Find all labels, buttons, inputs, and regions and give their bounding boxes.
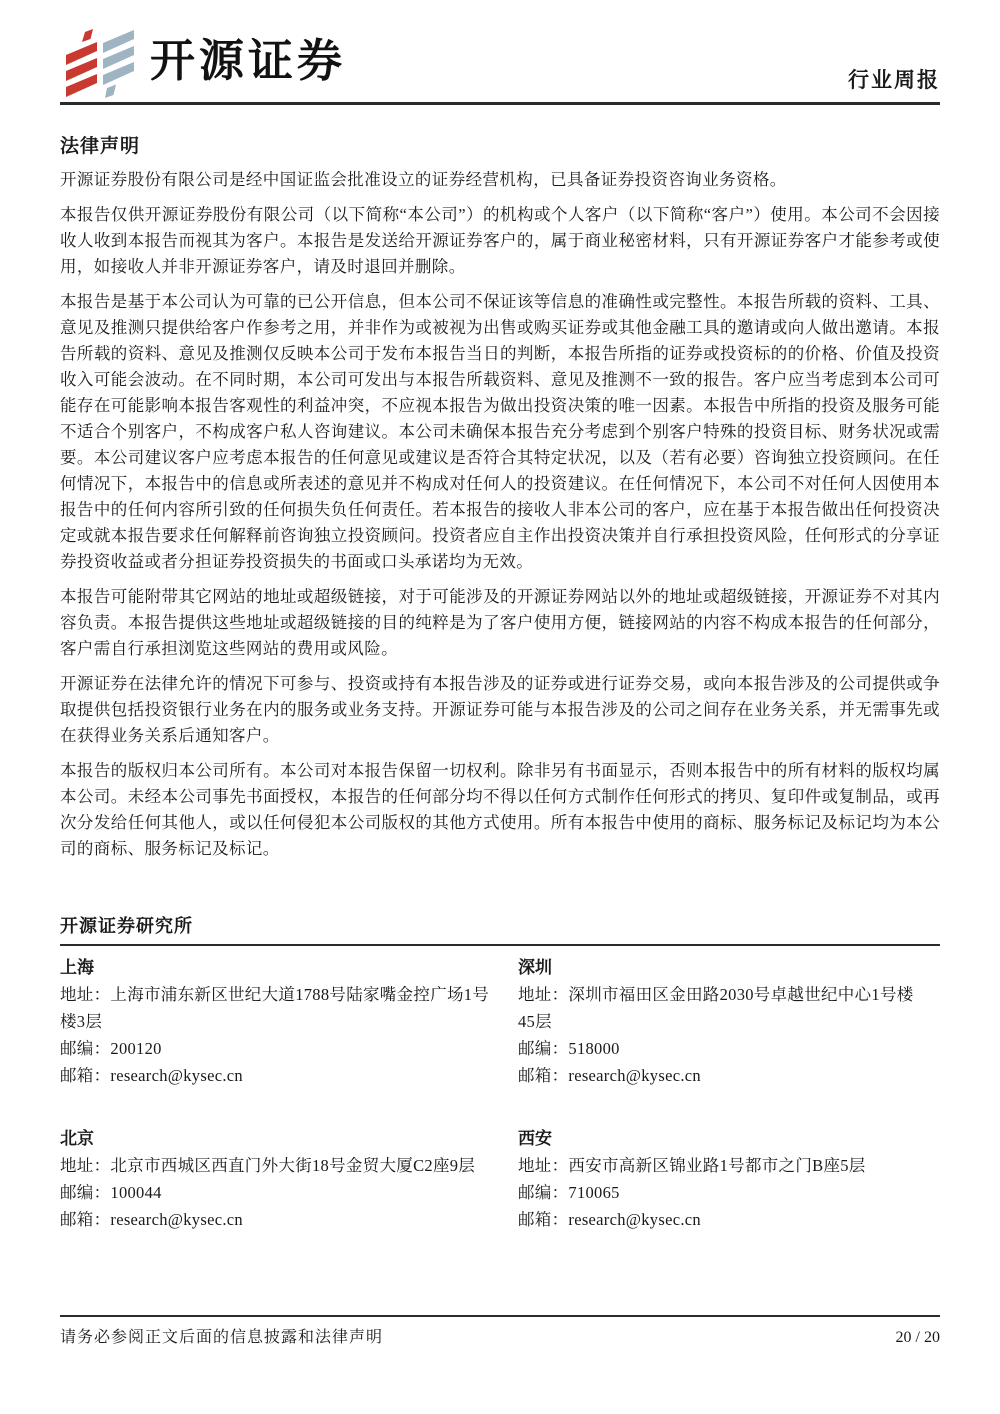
email-label: 邮箱： [60,1210,110,1229]
email-value: research@kysec.cn [110,1210,243,1229]
zip-label: 邮编： [518,1039,568,1058]
research-divider [60,944,940,946]
address-value: 西安市高新区锦业路1号都市之门B座5层 [568,1156,865,1175]
report-type-label: 行业周报 [848,64,940,98]
logo-text: 开源证券 [150,38,346,89]
office-address: 地址：西安市高新区锦业路1号都市之门B座5层 [518,1152,920,1179]
zip-value: 200120 [110,1039,161,1058]
zip-label: 邮编： [518,1183,568,1202]
address-value: 深圳市福田区金田路2030号卓越世纪中心1号楼45层 [518,985,914,1031]
office-zip: 邮编：200120 [60,1035,498,1062]
email-value: research@kysec.cn [110,1066,243,1085]
email-label: 邮箱： [60,1066,110,1085]
legal-paragraph-6: 本报告的版权归本公司所有。本公司对本报告保留一切权利。除非另有书面显示，否则本报… [60,758,940,862]
office-city: 上海 [60,954,498,981]
legal-statement-title: 法律声明 [60,131,940,158]
legal-paragraph-2: 本报告仅供开源证券股份有限公司（以下简称“本公司”）的机构或个人客户（以下简称“… [60,202,940,280]
office-shenzhen: 深圳 地址：深圳市福田区金田路2030号卓越世纪中心1号楼45层 邮编：5180… [518,954,940,1089]
office-xian: 西安 地址：西安市高新区锦业路1号都市之门B座5层 邮编：710065 邮箱：r… [518,1125,940,1233]
footer-row: 请务必参阅正文后面的信息披露和法律声明 20 / 20 [60,1317,940,1347]
zip-value: 100044 [110,1183,161,1202]
address-value: 北京市西城区西直门外大街18号金贸大厦C2座9层 [110,1156,475,1175]
page-header: 开源证券 行业周报 [60,28,940,98]
page-footer: 请务必参阅正文后面的信息披露和法律声明 20 / 20 [60,1315,940,1347]
office-address: 地址：深圳市福田区金田路2030号卓越世纪中心1号楼45层 [518,981,920,1035]
research-institute-title: 开源证券研究所 [60,912,940,944]
zip-label: 邮编： [60,1183,110,1202]
address-label: 地址： [518,985,568,1004]
kaiyuan-logo: 开源证券 [60,28,346,98]
research-institute-section: 开源证券研究所 上海 地址：上海市浦东新区世纪大道1788号陆家嘴金控广场1号楼… [60,912,940,1233]
office-city: 西安 [518,1125,920,1152]
office-shanghai: 上海 地址：上海市浦东新区世纪大道1788号陆家嘴金控广场1号楼3层 邮编：20… [60,954,518,1089]
office-city: 深圳 [518,954,920,981]
address-label: 地址： [518,1156,568,1175]
office-address: 地址：上海市浦东新区世纪大道1788号陆家嘴金控广场1号楼3层 [60,981,498,1035]
email-label: 邮箱： [518,1210,568,1229]
legal-paragraph-4: 本报告可能附带其它网站的地址或超级链接，对于可能涉及的开源证券网站以外的地址或超… [60,584,940,662]
footer-disclaimer: 请务必参阅正文后面的信息披露和法律声明 [60,1324,383,1347]
address-label: 地址： [60,1156,110,1175]
header-divider [60,102,940,105]
zip-value: 710065 [568,1183,619,1202]
office-beijing: 北京 地址：北京市西城区西直门外大街18号金贸大厦C2座9层 邮编：100044… [60,1125,518,1233]
zip-value: 518000 [568,1039,619,1058]
office-city: 北京 [60,1125,498,1152]
legal-paragraph-3: 本报告是基于本公司认为可靠的已公开信息，但本公司不保证该等信息的准确性或完整性。… [60,289,940,575]
office-email: 邮箱：research@kysec.cn [60,1206,498,1233]
address-value: 上海市浦东新区世纪大道1788号陆家嘴金控广场1号楼3层 [60,985,489,1031]
email-value: research@kysec.cn [568,1066,701,1085]
email-label: 邮箱： [518,1066,568,1085]
office-zip: 邮编：518000 [518,1035,920,1062]
zip-label: 邮编： [60,1039,110,1058]
report-page: 开源证券 行业周报 法律声明 开源证券股份有限公司是经中国证监会批准设立的证券经… [0,0,1000,1414]
email-value: research@kysec.cn [568,1210,701,1229]
office-grid: 上海 地址：上海市浦东新区世纪大道1788号陆家嘴金控广场1号楼3层 邮编：20… [60,954,940,1233]
office-address: 地址：北京市西城区西直门外大街18号金贸大厦C2座9层 [60,1152,498,1179]
address-label: 地址： [60,985,110,1004]
office-email: 邮箱：research@kysec.cn [518,1062,920,1089]
office-zip: 邮编：710065 [518,1179,920,1206]
page-number: 20 / 20 [896,1329,940,1347]
legal-paragraph-1: 开源证券股份有限公司是经中国证监会批准设立的证券经营机构，已具备证券投资咨询业务… [60,167,940,193]
legal-paragraph-5: 开源证券在法律允许的情况下可参与、投资或持有本报告涉及的证券或进行证券交易，或向… [60,671,940,749]
office-email: 邮箱：research@kysec.cn [518,1206,920,1233]
office-zip: 邮编：100044 [60,1179,498,1206]
office-email: 邮箱：research@kysec.cn [60,1062,498,1089]
kaiyuan-logo-icon [60,28,140,98]
